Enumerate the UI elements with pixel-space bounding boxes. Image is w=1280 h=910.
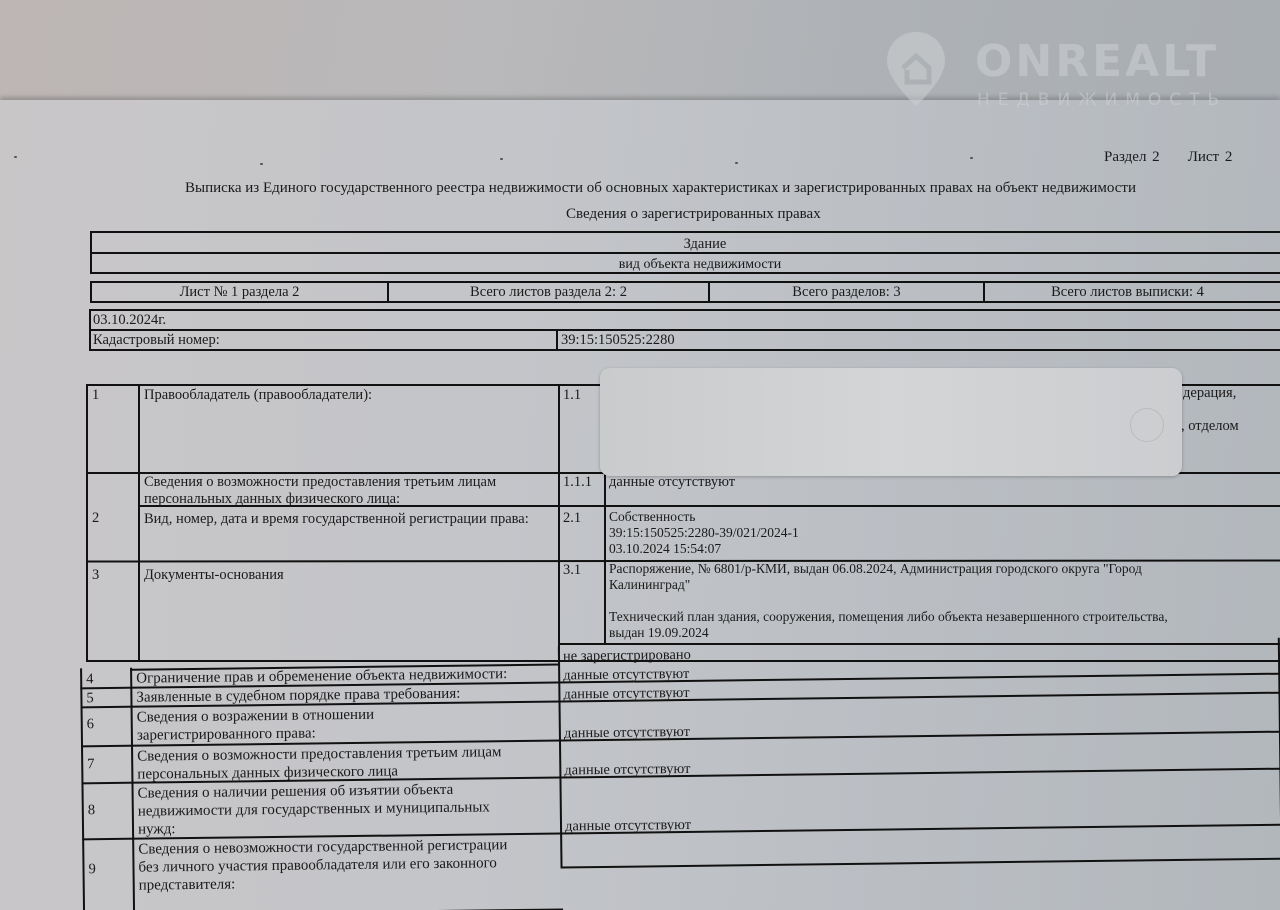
row-4-number: 4 (86, 671, 93, 688)
row-8-value: данные отсутствуют (564, 761, 690, 780)
row-5-number: 5 (86, 690, 93, 707)
row-8-number: 8 (88, 802, 95, 819)
row-6-value: данные отсутствуют (563, 685, 689, 704)
row-6-label: Сведения о возражении в отношении зареги… (137, 706, 375, 745)
row-7-value: данные отсутствуют (564, 724, 690, 743)
row-9-number: 9 (88, 861, 95, 878)
row-7-number: 7 (87, 756, 94, 773)
row-7-label: Сведения о возможности предоставления тр… (137, 743, 502, 783)
stamp-icon (1130, 408, 1164, 442)
row-8-label: Сведения о наличии решения об изъятии об… (137, 780, 490, 838)
redaction-sticker (600, 368, 1182, 476)
row-5-value: данные отсутствуют (563, 666, 689, 685)
row-4-value: не зарегистрировано (563, 647, 691, 666)
row-9-value: данные отсутствуют (565, 817, 691, 836)
row-9-label: Сведения о невозможности государственной… (138, 836, 508, 895)
row-6-number: 6 (87, 716, 94, 733)
